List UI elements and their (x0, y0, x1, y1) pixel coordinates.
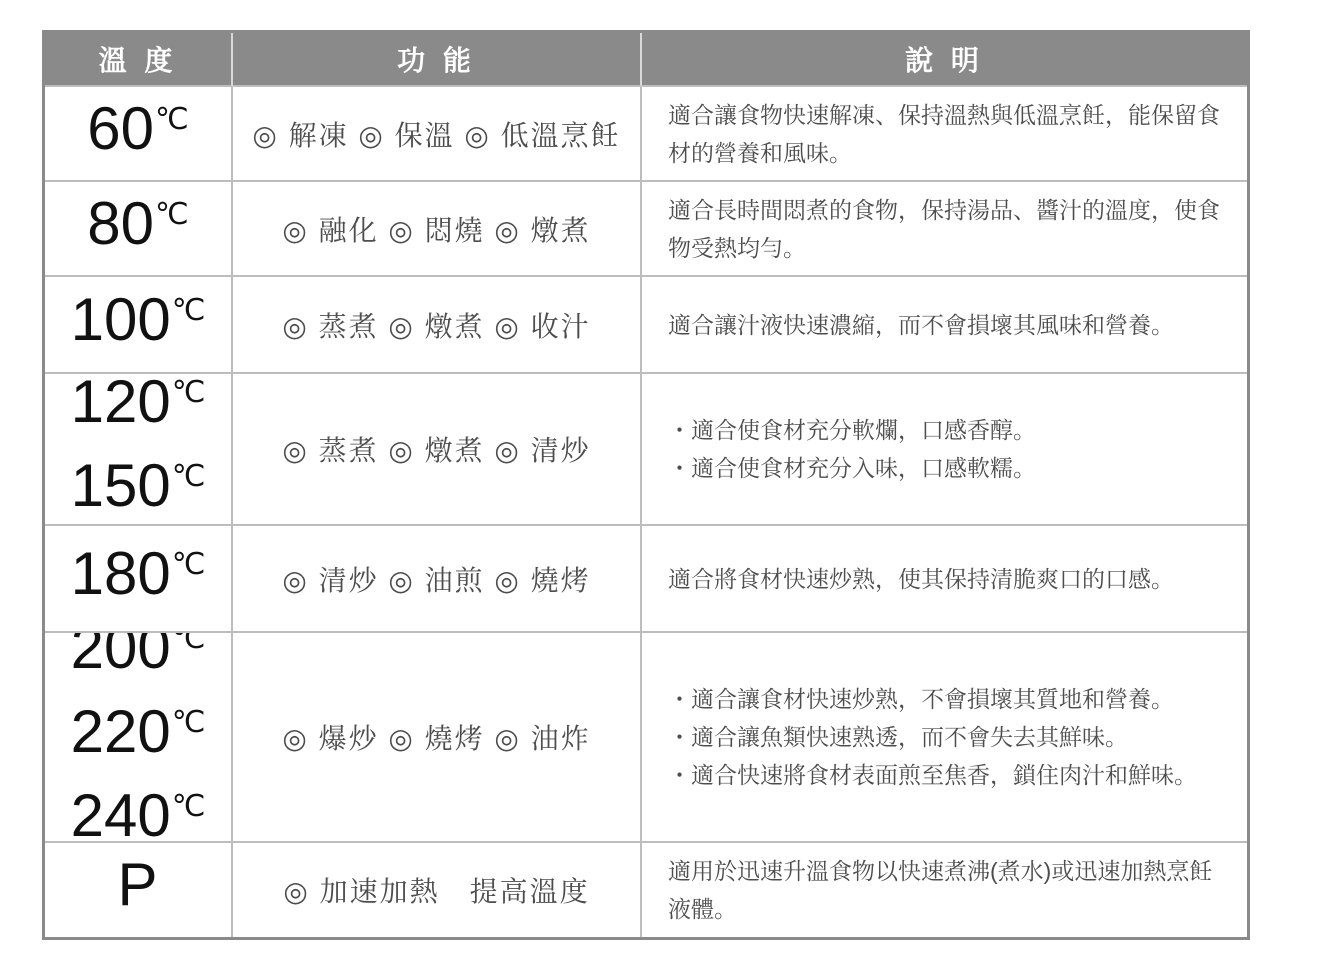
description-text: 適用於迅速升溫食物以快速煮沸(煮水)或迅速加熱烹飪液體。 (668, 852, 1229, 928)
description-text: 適合讓汁液快速濃縮，而不會損壞其風味和營養。 (668, 306, 1229, 344)
description-text: 適合將食材快速炒熟，使其保持清脆爽口的口感。 (668, 560, 1229, 598)
temp-cell-180: 180℃ (45, 526, 233, 633)
temp-cell-200-220-240: 200℃ 220℃ 240℃ (45, 633, 233, 843)
description-cell: 適合長時間悶煮的食物，保持湯品、醬汁的溫度，使食物受熱均勻。 (642, 182, 1247, 277)
temp-value: 120℃ (71, 374, 206, 449)
description-text: 適合讓食物快速解凍、保持溫熱與低溫烹飪，能保留食材的營養和風味。 (668, 96, 1229, 172)
celsius-symbol: ℃ (172, 294, 206, 327)
celsius-symbol: ℃ (172, 548, 206, 581)
description-bullet: ・適合讓食材快速炒熟，不會損壞其質地和營養。 (668, 680, 1229, 718)
description-text: 適合長時間悶煮的食物，保持湯品、醬汁的溫度，使食物受熱均勻。 (668, 191, 1229, 267)
temp-value: 240℃ (71, 779, 206, 843)
header-cell-function: 功 能 (233, 33, 642, 87)
celsius-symbol: ℃ (172, 460, 206, 493)
celsius-symbol: ℃ (172, 706, 206, 739)
temp-cell-60: 60℃ (45, 87, 233, 182)
temp-cell-p: P (45, 843, 233, 937)
temp-value: P (117, 848, 158, 932)
description-cell: ・適合讓食材快速炒熟，不會損壞其質地和營養。 ・適合讓魚類快速熟透，而不會失去其… (642, 633, 1247, 843)
description-bullet: ・適合使食材充分軟爛，口感香醇。 (668, 411, 1229, 449)
description-cell: 適用於迅速升溫食物以快速煮沸(煮水)或迅速加熱烹飪液體。 (642, 843, 1247, 937)
celsius-symbol: ℃ (172, 633, 206, 655)
temperature-settings-table: 溫 度 功 能 說 明 60℃ ◎ 解凍 ◎ 保溫 ◎ 低溫烹飪 適合讓食物快速… (42, 30, 1250, 940)
header-cell-description: 說 明 (642, 33, 1247, 87)
temp-value: 80℃ (87, 187, 188, 271)
temp-value: 180℃ (71, 537, 206, 621)
temp-value: 100℃ (71, 283, 206, 367)
temp-value: 150℃ (71, 449, 206, 526)
description-bullet: ・適合讓魚類快速熟透，而不會失去其鮮味。 (668, 718, 1229, 756)
temp-value: 60℃ (87, 92, 188, 176)
function-cell: ◎ 解凍 ◎ 保溫 ◎ 低溫烹飪 (233, 87, 642, 182)
celsius-symbol: ℃ (172, 790, 206, 823)
temp-value: 200℃ (71, 633, 206, 695)
description-cell: ・適合使食材充分軟爛，口感香醇。 ・適合使食材充分入味，口感軟糯。 (642, 374, 1247, 526)
celsius-symbol: ℃ (155, 103, 189, 136)
temp-cell-120-150: 120℃ 150℃ (45, 374, 233, 526)
celsius-symbol: ℃ (172, 376, 206, 409)
function-cell: ◎ 爆炒 ◎ 燒烤 ◎ 油炸 (233, 633, 642, 843)
description-cell: 適合讓汁液快速濃縮，而不會損壞其風味和營養。 (642, 277, 1247, 374)
temp-value: 220℃ (71, 695, 206, 779)
description-cell: 適合將食材快速炒熟，使其保持清脆爽口的口感。 (642, 526, 1247, 633)
function-cell: ◎ 蒸煮 ◎ 燉煮 ◎ 收汁 (233, 277, 642, 374)
celsius-symbol: ℃ (155, 198, 189, 231)
description-cell: 適合讓食物快速解凍、保持溫熱與低溫烹飪，能保留食材的營養和風味。 (642, 87, 1247, 182)
function-cell: ◎ 蒸煮 ◎ 燉煮 ◎ 清炒 (233, 374, 642, 526)
function-cell: ◎ 加速加熱 提高溫度 (233, 843, 642, 937)
description-bullet: ・適合快速將食材表面煎至焦香，鎖住肉汁和鮮味。 (668, 756, 1229, 794)
function-cell: ◎ 清炒 ◎ 油煎 ◎ 燒烤 (233, 526, 642, 633)
header-cell-temperature: 溫 度 (45, 33, 233, 87)
temp-cell-80: 80℃ (45, 182, 233, 277)
description-bullet: ・適合使食材充分入味，口感軟糯。 (668, 449, 1229, 487)
function-cell: ◎ 融化 ◎ 悶燒 ◎ 燉煮 (233, 182, 642, 277)
temp-cell-100: 100℃ (45, 277, 233, 374)
